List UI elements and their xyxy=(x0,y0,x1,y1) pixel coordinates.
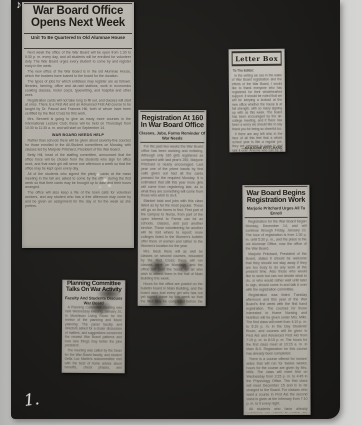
clipping-headline: Registration At 160 In War Board Office xyxy=(138,113,206,131)
body-paragraph: In the writing we see in the wake of War… xyxy=(232,74,282,132)
body-paragraph: The meeting was called by the Dean for t… xyxy=(65,349,122,370)
clipping-headline: Planning Committee Talks On War Activity xyxy=(62,280,125,296)
body-paragraph: Hours for the office are posted on the b… xyxy=(141,282,203,305)
body-paragraph: Marjorie Pritchard, President of the Boa… xyxy=(246,252,307,293)
body-paragraph: The types of jobs for which enlistees ma… xyxy=(25,80,131,98)
glue-spot xyxy=(96,173,99,176)
clipping-subhead: Marjorie Pritchard Urges All To Enroll xyxy=(243,206,310,216)
body-paragraph: Mrs. Beck there will as well be classes … xyxy=(141,250,203,282)
clipping-headline: Letter Box xyxy=(235,54,278,62)
body-paragraph: Betty Hill, head of the staffing committ… xyxy=(25,153,131,171)
clipping-subhead: Faculty And Students Discuss War Board xyxy=(62,295,125,304)
body-paragraph: Next week the office of the War Board wi… xyxy=(25,51,131,69)
body-paragraph: All students who have already registered… xyxy=(247,407,308,413)
divider-rule xyxy=(24,3,132,4)
divider-rule xyxy=(140,111,204,112)
handwritten-page-number: 1. xyxy=(23,389,40,410)
letter-salutation: To The Editor: xyxy=(232,69,282,74)
glue-spot xyxy=(103,178,107,182)
clipping-body: A Planning Committee meeting was held We… xyxy=(62,304,125,369)
clipping-body: Registration for the War Board began Mon… xyxy=(243,219,311,413)
clipping-registration-160: Registration At 160 In War Board Office … xyxy=(138,110,207,306)
divider-rule xyxy=(24,48,132,49)
clipping-letter-box: Letter Box To The Editor: In the writing… xyxy=(229,49,286,152)
clipping-headline: War Board Office Opens Next Week xyxy=(22,5,134,32)
body-paragraph: Blanket total and jobs with this class l… xyxy=(141,200,203,249)
letter-signature: —MARJORIE PRITCHARD xyxy=(229,146,283,150)
scrapbook-page-scan: ♪ 1. War Board Office Opens Next Week Un… xyxy=(0,0,362,425)
body-paragraph: Registration for the War Board began Mon… xyxy=(246,220,307,252)
body-paragraph: A Planning Committee meeting was held We… xyxy=(65,305,122,348)
clipping-subhead-wrap: Classes, Jobs, Farms Reminder Of War Nee… xyxy=(138,131,206,141)
clipping-subhead: Classes, Jobs, Farms Reminder Of War Nee… xyxy=(138,131,206,141)
clipping-war-board-office: War Board Office Opens Next Week Unit To… xyxy=(22,2,134,248)
body-paragraph: Registration cards will not take long to… xyxy=(25,99,131,117)
glue-spot xyxy=(99,186,101,188)
clipping-planning-committee: Planning Committee Talks On War Activity… xyxy=(62,280,126,373)
body-paragraph: Registration was listed Tuesday afternoo… xyxy=(246,293,307,356)
clipping-body: For the past two weeks the War Board off… xyxy=(138,144,207,305)
clipping-headline: War Board Begins Registration Work xyxy=(242,188,309,206)
clipping-subhead: Unit To Be Quartered In Old Alumnae Hous… xyxy=(22,35,134,40)
divider-rule xyxy=(24,33,132,34)
body-paragraph: Rather than schools there will be given … xyxy=(25,139,131,152)
clipping-subhead-wrap: Unit To Be Quartered In Old Alumnae Hous… xyxy=(22,35,134,47)
body-paragraph: There is a course offered for nurses' ai… xyxy=(246,357,307,407)
letter-box-title-box: Letter Box xyxy=(232,51,282,66)
clipping-war-board-begins: War Board Begins Registration Work Marjo… xyxy=(242,185,310,415)
white-ink-squiggle: ♪ xyxy=(15,0,23,11)
glue-spots xyxy=(93,171,117,195)
glue-spot xyxy=(108,184,111,187)
clipping-body: Next week the office of the War Board wi… xyxy=(22,50,134,248)
clipping-subhead-wrap: Faculty And Students Discuss War Board xyxy=(62,295,125,304)
clipping-crosshead: WAR BOARD NEEDS HELP xyxy=(25,133,131,138)
clipping-body: To The Editor: In the writing we see in … xyxy=(229,68,286,152)
body-paragraph: For the past two weeks the War Board off… xyxy=(141,145,203,199)
body-paragraph: Mrs. Bennett is going to give as many mo… xyxy=(25,118,131,131)
body-paragraph: The new office of the War Board is in th… xyxy=(25,70,131,79)
divider-rule xyxy=(140,142,204,143)
clipping-subhead-wrap: Marjorie Pritchard Urges All To Enroll xyxy=(243,206,310,216)
